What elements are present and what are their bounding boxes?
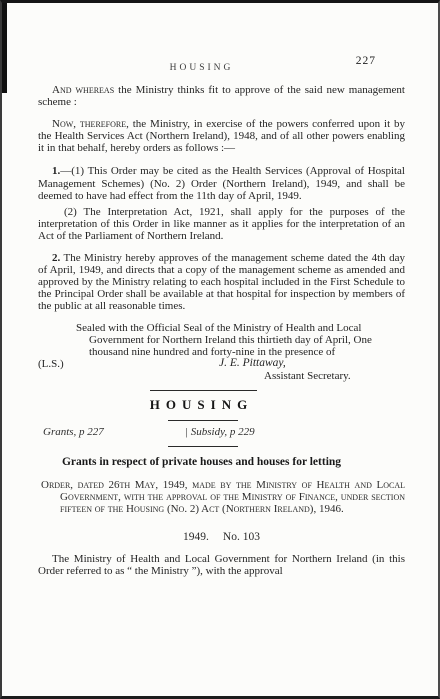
article-number: 1.: [52, 165, 60, 177]
page-content: HOUSING 227 And whereas the Ministry thi…: [2, 57, 438, 577]
cross-ref-grants: Grants, p 227: [43, 426, 104, 438]
paragraph-article-1-1: 1.—(1) This Order may be cited as the He…: [38, 165, 405, 201]
page-number: 227: [356, 55, 376, 67]
paragraph-1-1-text: —(1) This Order may be cited as the Heal…: [38, 165, 405, 201]
scan-edge-artifact: [2, 3, 7, 93]
paragraph-now-therefore: Now, therefore, the Ministry, in exercis…: [38, 118, 405, 154]
sr-year: 1949.: [183, 531, 209, 543]
paragraph-opening: The Ministry of Health and Local Governm…: [38, 553, 405, 577]
signature-block: (L.S.) J. E. Pittaway, Assistant Secreta…: [38, 358, 405, 384]
signature-name: J. E. Pittaway,: [219, 357, 286, 369]
document-page: HOUSING 227 And whereas the Ministry thi…: [0, 0, 440, 699]
divider-rule: [150, 390, 257, 391]
cross-references: Grants, p 227 | Subsidy, p 229: [38, 426, 405, 442]
paragraph-article-1-2: (2) The Interpretation Act, 1921, shall …: [38, 206, 405, 242]
article-number: 2.: [52, 252, 60, 264]
divider-rule: [168, 446, 238, 447]
seal-mark: (L.S.): [38, 358, 64, 370]
paragraph-article-2: 2. The Ministry hereby approves of the m…: [38, 252, 405, 312]
cross-ref-subsidy: | Subsidy, p 229: [185, 426, 255, 438]
running-header: HOUSING 227: [38, 57, 365, 70]
smallcaps-lead: Now, therefore,: [52, 118, 129, 130]
order-caption: Order, dated 26th May, 1949, made by the…: [60, 479, 405, 515]
signature-title: Assistant Secretary.: [264, 370, 351, 382]
section-heading: HOUSING: [38, 397, 365, 413]
sr-no: No. 103: [223, 531, 260, 543]
statutory-rule-number: 1949.No. 103: [38, 531, 405, 543]
divider-rule: [168, 420, 238, 421]
order-subtitle: Grants in respect of private houses and …: [38, 455, 365, 469]
paragraph-2-text: The Ministry hereby approves of the mana…: [38, 252, 405, 312]
sealing-clause: Sealed with the Official Seal of the Min…: [89, 322, 405, 358]
running-header-title: HOUSING: [170, 63, 234, 73]
smallcaps-lead: And whereas: [52, 84, 114, 96]
paragraph-whereas: And whereas the Ministry thinks fit to a…: [38, 84, 405, 108]
